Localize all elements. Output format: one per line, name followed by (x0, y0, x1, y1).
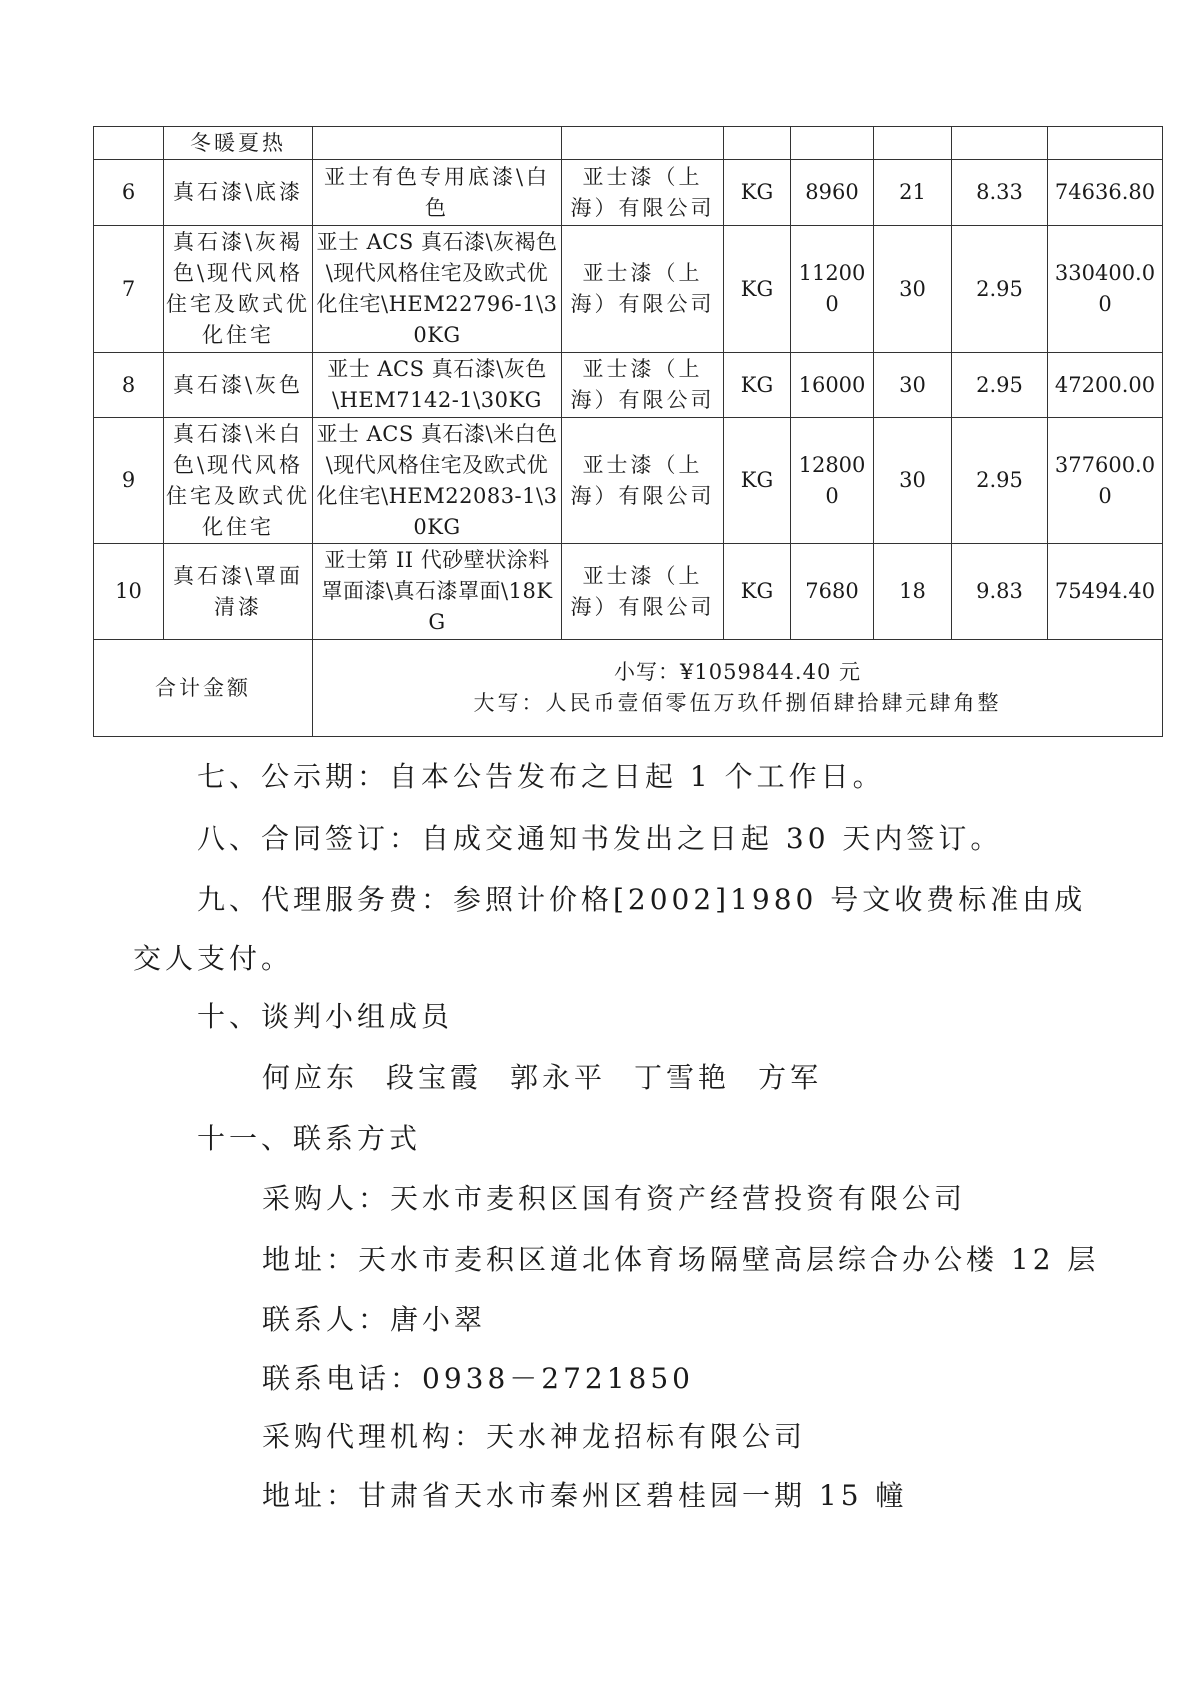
cell-maker: 亚士漆（上海）有限公司 (562, 353, 724, 418)
purchaser: 采购人：天水市麦积区国有资产经营投资有限公司 (262, 1182, 966, 1216)
cell-qty: 112000 (791, 226, 874, 353)
section-contract: 八、合同签订：自成交通知书发出之日起 30 天内签订。 (197, 822, 1002, 856)
cell-name: 冬暖夏热 (164, 127, 313, 160)
cell-qty: 8960 (791, 160, 874, 226)
cell-amount: 75494.40 (1048, 544, 1163, 640)
cell-maker: 亚士漆（上海）有限公司 (562, 544, 724, 640)
cell-qty: 16000 (791, 353, 874, 418)
panel-member: 段宝霞 (386, 1061, 482, 1094)
contact-person: 联系人：唐小翠 (262, 1303, 486, 1337)
cell-unit: KG (724, 544, 791, 640)
cell-amount: 330400.00 (1048, 226, 1163, 353)
purchaser-address: 地址：天水市麦积区道北体育场隔壁高层综合办公楼 12 层 (262, 1243, 1099, 1277)
cell-maker: 亚士漆（上海）有限公司 (562, 226, 724, 353)
panel-member: 郭永平 (510, 1061, 606, 1094)
cell-days: 30 (874, 226, 952, 353)
cell-days: 30 (874, 353, 952, 418)
cell-no: 7 (94, 226, 164, 353)
cell-unit: KG (724, 353, 791, 418)
cell-unit: KG (724, 418, 791, 544)
cell-unit (724, 127, 791, 160)
cell-no: 10 (94, 544, 164, 640)
cell-spec: 亚士第 II 代砂壁状涂料罩面漆\真石漆罩面\18KG (313, 544, 562, 640)
cell-no (94, 127, 164, 160)
total-label: 合计金额 (94, 640, 313, 737)
total-row: 合计金额 小写：¥1059844.40 元 大写：人民币壹佰零伍万玖仟捌佰肆拾肆… (94, 640, 1163, 737)
panel-member: 丁雪艳 (634, 1061, 730, 1094)
cell-amount: 377600.00 (1048, 418, 1163, 544)
table-row-continuation: 冬暖夏热 (94, 127, 1163, 160)
cell-no: 8 (94, 353, 164, 418)
cell-price: 9.83 (952, 544, 1048, 640)
cell-amount: 74636.80 (1048, 160, 1163, 226)
cell-qty: 128000 (791, 418, 874, 544)
procurement-agency: 采购代理机构：天水神龙招标有限公司 (262, 1420, 806, 1454)
section-agency-fee: 九、代理服务费：参照计价格[2002]1980 号文收费标准由成 (197, 883, 1086, 917)
cell-spec: 亚士 ACS 真石漆\灰褐色\现代风格住宅及欧式优化住宅\HEM22796-1\… (313, 226, 562, 353)
section-panel-title: 十、谈判小组成员 (197, 1000, 453, 1034)
table-row: 9 真石漆\米白色\现代风格住宅及欧式优化住宅 亚士 ACS 真石漆\米白色\现… (94, 418, 1163, 544)
cell-price: 2.95 (952, 226, 1048, 353)
cell-amount (1048, 127, 1163, 160)
section-publicity: 七、公示期：自本公告发布之日起 1 个工作日。 (197, 760, 885, 794)
cell-name: 真石漆\灰褐色\现代风格住宅及欧式优化住宅 (164, 226, 313, 353)
section-contact-title: 十一、联系方式 (197, 1122, 421, 1156)
total-uppercase: 大写：人民币壹佰零伍万玖仟捌佰肆拾肆元肆角整 (315, 688, 1160, 719)
cell-qty: 7680 (791, 544, 874, 640)
section-agency-fee-cont: 交人支付。 (133, 942, 293, 976)
procurement-results-table: 冬暖夏热 6 真石漆\底漆 亚士有色专用底漆\白色 亚士漆（上海）有限公司 KG… (93, 126, 1163, 737)
cell-price: 2.95 (952, 353, 1048, 418)
cell-price: 8.33 (952, 160, 1048, 226)
cell-no: 9 (94, 418, 164, 544)
cell-spec: 亚士 ACS 真石漆\米白色\现代风格住宅及欧式优化住宅\HEM22083-1\… (313, 418, 562, 544)
cell-unit: KG (724, 160, 791, 226)
table-row: 8 真石漆\灰色 亚士 ACS 真石漆\灰色\HEM7142-1\30KG 亚士… (94, 353, 1163, 418)
cell-spec: 亚士 ACS 真石漆\灰色\HEM7142-1\30KG (313, 353, 562, 418)
cell-days (874, 127, 952, 160)
cell-name: 真石漆\罩面清漆 (164, 544, 313, 640)
cell-no: 6 (94, 160, 164, 226)
cell-spec: 亚士有色专用底漆\白色 (313, 160, 562, 226)
cell-amount: 47200.00 (1048, 353, 1163, 418)
cell-unit: KG (724, 226, 791, 353)
total-amount-cell: 小写：¥1059844.40 元 大写：人民币壹佰零伍万玖仟捌佰肆拾肆元肆角整 (313, 640, 1163, 737)
total-lowercase: 小写：¥1059844.40 元 (315, 657, 1160, 688)
agency-address: 地址：甘肃省天水市秦州区碧桂园一期 15 幢 (262, 1479, 907, 1513)
cell-qty (791, 127, 874, 160)
table-row: 10 真石漆\罩面清漆 亚士第 II 代砂壁状涂料罩面漆\真石漆罩面\18KG … (94, 544, 1163, 640)
cell-name: 真石漆\灰色 (164, 353, 313, 418)
contact-phone: 联系电话：0938－2721850 (262, 1362, 694, 1396)
panel-member: 何应东 (262, 1061, 358, 1094)
cell-days: 18 (874, 544, 952, 640)
panel-member: 方军 (758, 1061, 822, 1094)
cell-maker: 亚士漆（上海）有限公司 (562, 160, 724, 226)
cell-maker (562, 127, 724, 160)
cell-name: 真石漆\米白色\现代风格住宅及欧式优化住宅 (164, 418, 313, 544)
cell-days: 30 (874, 418, 952, 544)
cell-price (952, 127, 1048, 160)
table-row: 6 真石漆\底漆 亚士有色专用底漆\白色 亚士漆（上海）有限公司 KG 8960… (94, 160, 1163, 226)
cell-days: 21 (874, 160, 952, 226)
cell-spec (313, 127, 562, 160)
cell-price: 2.95 (952, 418, 1048, 544)
cell-name: 真石漆\底漆 (164, 160, 313, 226)
panel-members: 何应东段宝霞郭永平丁雪艳方军 (262, 1061, 822, 1095)
table-row: 7 真石漆\灰褐色\现代风格住宅及欧式优化住宅 亚士 ACS 真石漆\灰褐色\现… (94, 226, 1163, 353)
cell-maker: 亚士漆（上海）有限公司 (562, 418, 724, 544)
